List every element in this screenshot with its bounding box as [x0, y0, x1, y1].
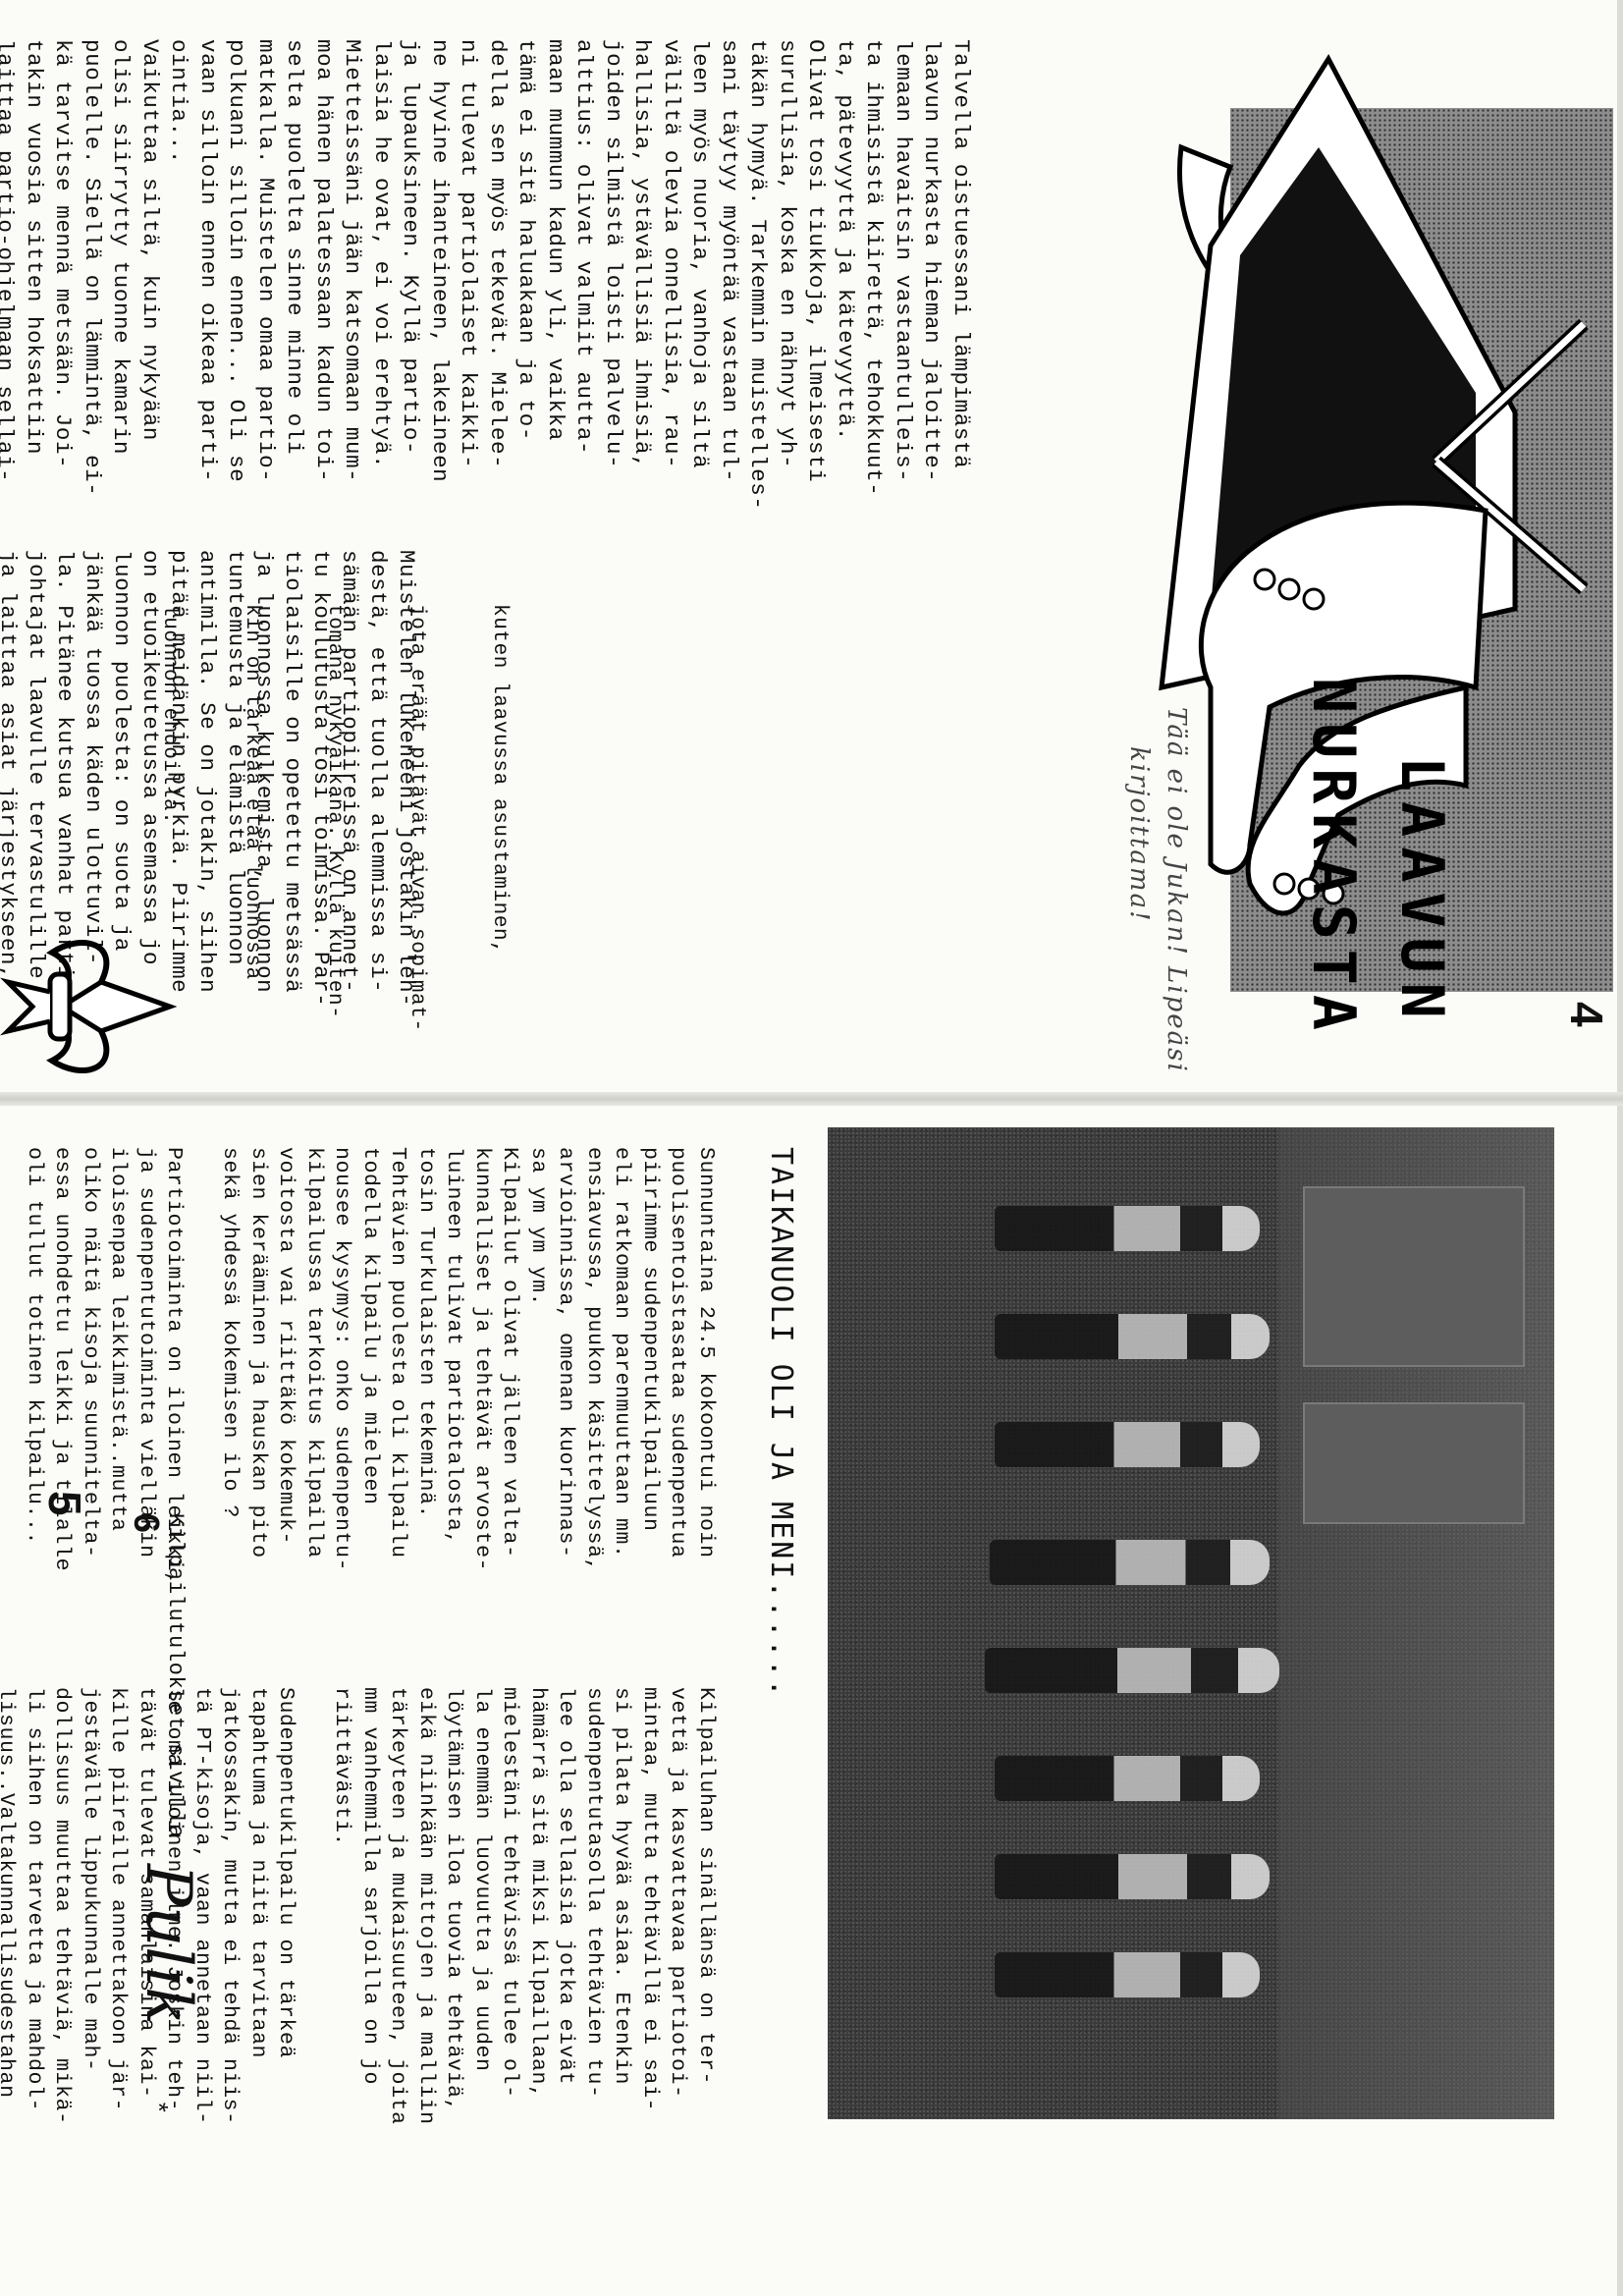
text-line: eikä niinkään mittojen ja malliin [412, 1687, 441, 2125]
text-line: lemaan havaitsin vastaantulleis- [889, 39, 918, 510]
text-line: mintaa, mutta tehtävillä ei sai- [636, 1687, 665, 2125]
text-line: joiden silmistä loisti palvelu- [599, 39, 628, 510]
text-line: tärkeyteen ja mukaisuuteen, joita [384, 1687, 412, 2125]
text-line: tuntemusta ja elämistä luonnon [221, 550, 249, 1007]
text-line: vettä ja kasvattavaa partiotoi- [664, 1687, 692, 2125]
text-line: alttius: olivat valmiit autta- [569, 39, 599, 510]
text-line: della sen myös tekevät. Mielee- [483, 39, 513, 510]
text-line: mielestäni tehtävissä tulee ol- [496, 1687, 524, 2125]
text-line: tu koulutusta tosi toimissa. Par- [306, 550, 335, 1007]
text-line: löytämisen iloa tuovia tehtäviä, [440, 1687, 468, 2125]
text-line: Sudenpentukilpailu on tärkeä [272, 1687, 300, 2125]
text-line [300, 1687, 329, 2125]
text-line: Mietteissäni jään katsomaan mum- [338, 39, 367, 510]
text-line: sekä yhdessä kokemisen ilo ? [216, 1147, 244, 1585]
laavun-nurkasta-header: LAAVUN NURKASTA Tää ei ole Jukan! Lipeäs… [1014, 0, 1623, 1090]
text-line: hämärrä sitä miksi kilpaillaan, [524, 1687, 553, 2125]
text-line: oli tullut totinen kilpailu... [21, 1147, 49, 1585]
text-line: takin vuosia sitten hoksattiin [20, 39, 49, 510]
text-line: maan mummun kadun yli, vaikka [541, 39, 570, 510]
text-line: ta ihmisistä kiirettä, tehokkuut- [859, 39, 889, 510]
text-line: riittävästi. [328, 1687, 356, 2125]
text-line: luineen tulivat partiotalosta, [440, 1147, 468, 1585]
text-line: surullisia, koska en nähnyt yh- [773, 39, 802, 510]
handwritten-note-line-1: Tää ei ole Jukan! Lipeäsi [1162, 707, 1191, 1073]
text-line: sämään partiopiireissä on annet- [335, 550, 363, 1007]
text-line: kilpailussa tarkoitus kilpailla [300, 1147, 329, 1585]
text-line: ja lupauksineen. Kyllä partio- [396, 39, 425, 510]
headline-line-1: LAAVUN [1387, 756, 1456, 1028]
text-line: voitosta vai riittäkö kokemuk- [272, 1147, 300, 1585]
text-line: tämä ei sitä haluakaan ja to- [512, 39, 541, 510]
text-line: antimilla. Se on jotakin, siihen [192, 550, 221, 1007]
handwritten-note-line-2: kirjoittama! [1124, 746, 1154, 923]
text-line: mm vanhemmilla sarjoilla on jo [356, 1687, 385, 2125]
signature: Pulik [132, 1864, 204, 2025]
text-line: nousee kysymys: onko sudenpentu- [328, 1147, 356, 1585]
text-line: moa hänen palatessaan kadun toi- [309, 39, 339, 510]
text-line: sien kerääminen ja hauskan pito [244, 1147, 273, 1585]
text-line: selta puolelta sinne minne oli [280, 39, 309, 510]
text-line: väliltä olevia onnellisia, rau- [657, 39, 686, 510]
text-line: la enemmän luovuutta ja uuden [468, 1687, 497, 2125]
text-line: ta, pätevyyttä ja kätevyyttä. [831, 39, 860, 510]
article-title: TAIKANUOLI OLI JA MENI...... [764, 1147, 798, 1699]
results-page-number: 6 [127, 1513, 167, 1534]
headline-line-2: NURKASTA [1299, 678, 1368, 1040]
text-line: si pilata hyvää asiaa. Etenkin [608, 1687, 636, 2125]
page-fold [0, 1092, 1623, 1106]
text-line: täkän hymyä. Tarkemmin muistelles- [743, 39, 773, 510]
text-line: jatkossakin, mutta ei tehdä niis- [216, 1687, 244, 2125]
text-line: laittaa partio-ohjelmaan sellai- [0, 39, 20, 510]
page-number: 4 [1560, 1002, 1613, 1027]
text-line: Kilpailut olivat jälleen valta- [496, 1147, 524, 1585]
text-line: puolelle. Siellä on lämmintä, ei- [78, 39, 107, 510]
page-4: LAAVUN NURKASTA Tää ei ole Jukan! Lipeäs… [0, 0, 1623, 1090]
text-line: puolisentoistasataa sudenpentua [664, 1147, 692, 1585]
text-line: todella kilpailu ja mieleen [356, 1147, 385, 1585]
results-note: Kilpailutulokset sivulla 6 [96, 1432, 219, 1838]
text-line: olisi siirrytty tuonne kamarin [106, 39, 135, 510]
text-line: laavun nurkasta hieman jaloitte- [917, 39, 947, 510]
text-line: ne hyvine ihanteineen, lakeineen [425, 39, 455, 510]
page-number: 5 [38, 1491, 91, 1516]
text-line: leen myös nuoria, vanhoja siltä [685, 39, 715, 510]
text-line: tiolaisille on opetettu metsässä [278, 550, 306, 1007]
text-line: matkalla. Muistelen omaa partio- [251, 39, 281, 510]
text-line: Tehtävien puolesta oli kilpailu [384, 1147, 412, 1585]
signature-star: * [141, 2100, 171, 2115]
text-line: lisuus..Valtakunnallisudestahan [0, 1687, 21, 2125]
text-line: Talvella oistuessani lämpimästä [947, 39, 976, 510]
text-line: lee olla sellaisia jotka eivät [552, 1687, 580, 2125]
text-line: laisia he ovat, ei voi erehtyä. [367, 39, 397, 510]
article-left-column: Talvella oistuessani lämpimästälaavun nu… [0, 39, 975, 510]
text-line: tosin Turkulaisten tekeminä. [412, 1147, 441, 1585]
text-line: essa unohdettu leikki ja tilalle [48, 1147, 77, 1585]
text-line: Vaikuttaa siltä, kuin nykyään [135, 39, 165, 510]
text-line: tapahtuma ja niitä tarvitaan [244, 1687, 273, 2125]
text-line: Sunnuntaina 24.5 kokoontui noin [692, 1147, 721, 1585]
text-line: kä tarvitse mennä metsään. Joi- [48, 39, 78, 510]
text-line: polkuani silloin ennen... Oli se [222, 39, 251, 510]
text-line: ni tulevat partiolaiset kaikki- [454, 39, 483, 510]
text-line: sudenpentutasolla tehtävien tu- [580, 1687, 609, 2125]
text-line: ointia... [164, 39, 193, 510]
text-line: ja luonnossa kulkemista, luonnon [249, 550, 278, 1007]
text-line: sa ym ym ym. [524, 1147, 553, 1585]
text-line: hallisia, ystävällisiä ihmisiä, [627, 39, 657, 510]
text-line: kunnalliset ja tehtävät arvoste- [468, 1147, 497, 1585]
text-line: arvioinnissa, omenan kuorinnas- [552, 1147, 580, 1585]
text-line: eli ratkomaan parenmuuttaan mm. [608, 1147, 636, 1585]
text-line: dollisuus muuttaa tehtäviä, mikä- [48, 1687, 77, 2125]
text-line: sani täytyy myöntää vastaan tul- [715, 39, 744, 510]
text-line: piirimme sudenpentukilpailuun [636, 1147, 665, 1585]
page-5: TAIKANUOLI OLI JA MENI...... Sunnuntaina… [0, 1108, 1623, 2296]
text-line: li siihen on tarvetta ja mahdol- [21, 1687, 49, 2125]
text-line: ensiavussa, puukon käsittelyssä, [580, 1147, 609, 1585]
text-line: destä, että tuolla alemmissa si- [363, 550, 392, 1007]
text-line: Olivat tosi tiukkoja, ilmeisesti [801, 39, 831, 510]
text-line: vaan silloin ennen oikeaa parti- [193, 39, 223, 510]
text-line: Muistelen lukeneeni jostakin leh- [392, 550, 420, 1007]
scouts-group-photo [828, 1127, 1554, 2119]
text-line: Kilpailuhan sinällänsä on ter- [692, 1687, 721, 2125]
fleur-de-lis-icon [0, 923, 180, 1090]
